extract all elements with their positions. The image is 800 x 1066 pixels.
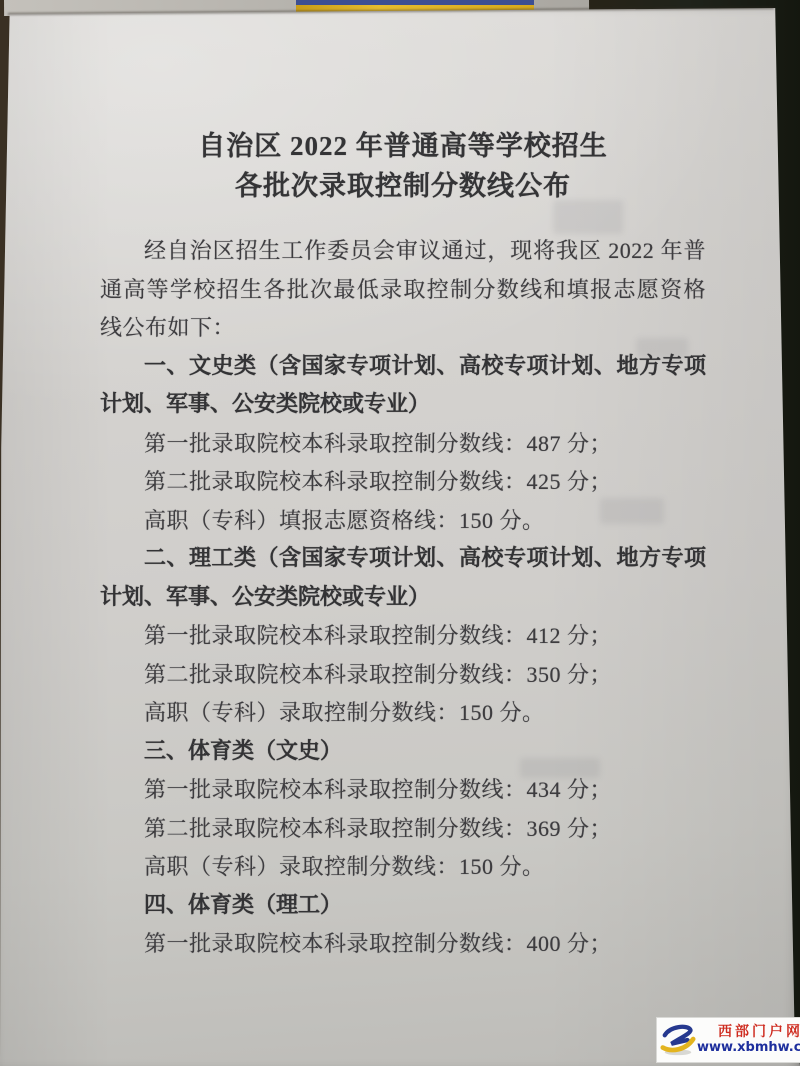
document-paper: 自治区 2022 年普通高等学校招生 各批次录取控制分数线公布 经自治区招生工作…: [0, 0, 800, 1066]
section-heading-pe-science: 四、体育类（理工）: [100, 887, 706, 926]
score-line: 第一批录取院校本科录取控制分数线：487 分；: [100, 425, 706, 464]
document-content: 自治区 2022 年普通高等学校招生 各批次录取控制分数线公布 经自治区招生工作…: [100, 14, 706, 964]
score-line: 高职（专科）填报志愿资格线：150 分。: [100, 502, 706, 541]
section-heading-liberal-arts: 一、文史类（含国家专项计划、高校专项计划、地方专项计划、军事、公安类院校或专业）: [100, 348, 706, 425]
watermark-badge: 西部门户网 www.xbmhw.com: [656, 1017, 800, 1063]
intro-paragraph: 经自治区招生工作委员会审议通过，现将我区 2022 年普通高等学校招生各批次最低…: [100, 232, 706, 348]
score-line: 第二批录取院校本科录取控制分数线：425 分；: [100, 463, 706, 502]
section-heading-science: 二、理工类（含国家专项计划、高校专项计划、地方专项计划、军事、公安类院校或专业）: [100, 540, 706, 617]
score-line: 第一批录取院校本科录取控制分数线：400 分；: [100, 925, 706, 964]
title-line-2: 各批次录取控制分数线公布: [100, 166, 706, 206]
watermark-text: 西部门户网 www.xbmhw.com: [697, 1024, 800, 1055]
score-line: 第一批录取院校本科录取控制分数线：434 分；: [100, 771, 706, 810]
title-line-1: 自治区 2022 年普通高等学校招生: [100, 126, 706, 166]
score-line: 第二批录取院校本科录取控制分数线：350 分；: [100, 656, 706, 695]
score-line: 高职（专科）录取控制分数线：150 分。: [100, 848, 706, 887]
watermark-site-name: 西部门户网: [697, 1024, 800, 1040]
score-line: 第二批录取院校本科录取控制分数线：369 分；: [100, 810, 706, 849]
document-title: 自治区 2022 年普通高等学校招生 各批次录取控制分数线公布: [100, 14, 706, 206]
watermark-site-url: www.xbmhw.com: [697, 1041, 800, 1056]
score-line: 第一批录取院校本科录取控制分数线：412 分；: [100, 617, 706, 656]
score-line: 高职（专科）录取控制分数线：150 分。: [100, 694, 706, 733]
photo-scene: 自治区 2022 年普通高等学校招生 各批次录取控制分数线公布 经自治区招生工作…: [0, 0, 800, 1066]
section-heading-pe-liberal-arts: 三、体育类（文史）: [100, 733, 706, 772]
xbmhw-logo-icon: [659, 1022, 697, 1058]
